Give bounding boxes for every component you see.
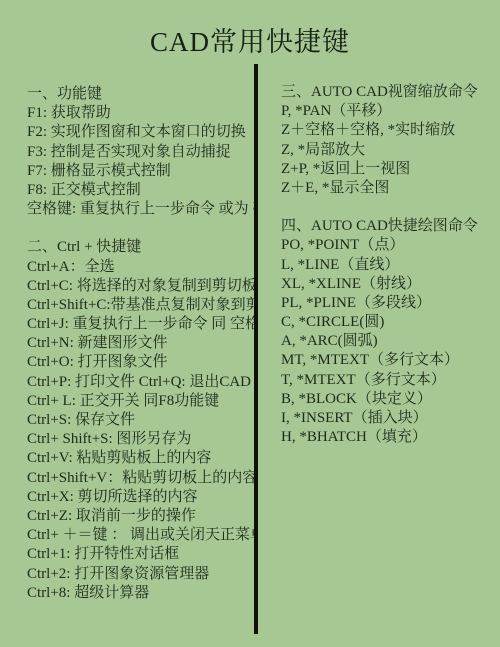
shortcut-row: Z＋空格＋空格, *实时缩放 [281, 121, 495, 140]
shortcut-row: Ctrl+A：全选 [27, 258, 254, 277]
shortcut-row: F7: 栅格显示模式控制 [27, 162, 254, 181]
cheatsheet-page: CAD常用快捷键 一、功能键F1: 获取帮助F2: 实现作图窗和文本窗口的切换F… [0, 0, 500, 647]
shortcut-row: Ctrl+Shift+C:带基准点复制对象到剪切板上 [27, 296, 254, 315]
column-divider [254, 64, 258, 634]
section-heading: 四、AUTO CAD快捷绘图命令 [281, 217, 495, 236]
section-heading: 三、AUTO CAD视窗缩放命令 [281, 83, 495, 102]
left-column: 一、功能键F1: 获取帮助F2: 实现作图窗和文本窗口的切换F3: 控制是否实现… [27, 85, 254, 603]
shortcut-row: Ctrl+X: 剪切所选择的内容 [27, 488, 254, 507]
shortcut-row: Ctrl+1: 打开特性对话框 [27, 545, 254, 564]
shortcut-row: H, *BHATCH（填充） [281, 428, 495, 447]
page-title: CAD常用快捷键 [0, 20, 500, 59]
shortcut-row: Ctrl+ ＋＝键 ： 调出或关闭天正菜单 [27, 526, 254, 545]
shortcut-row: Z＋E, *显示全图 [281, 179, 495, 198]
shortcut-row: Ctrl+S: 保存文件 [27, 411, 254, 430]
shortcut-row: MT, *MTEXT（多行文本） [281, 351, 495, 370]
shortcut-row: PL, *PLINE（多段线） [281, 294, 495, 313]
shortcut-section: 二、Ctrl + 快捷键Ctrl+A：全选Ctrl+C: 将选择的对象复制到剪切… [27, 238, 254, 603]
shortcut-row: T, *MTEXT（多行文本） [281, 371, 495, 390]
shortcut-row: PO, *POINT（点） [281, 236, 495, 255]
section-heading: 一、功能键 [27, 85, 254, 104]
shortcut-row: L, *LINE（直线） [281, 256, 495, 275]
shortcut-row: Ctrl+Shift+V：粘贴剪切板上的内容为块 [27, 469, 254, 488]
shortcut-section: 三、AUTO CAD视窗缩放命令P, *PAN（平移）Z＋空格＋空格, *实时缩… [281, 83, 495, 198]
shortcut-row: Ctrl+ Shift+S: 图形另存为 [27, 430, 254, 449]
shortcut-row: A, *ARC(圆弧) [281, 332, 495, 351]
shortcut-row: Ctrl+2: 打开图象资源管理器 [27, 565, 254, 584]
shortcut-row: Ctrl+O: 打开图象文件 [27, 353, 254, 372]
shortcut-row: Ctrl+C: 将选择的对象复制到剪切板上 [27, 277, 254, 296]
shortcut-row: XL, *XLINE（射线） [281, 275, 495, 294]
right-column: 三、AUTO CAD视窗缩放命令P, *PAN（平移）Z＋空格＋空格, *实时缩… [281, 83, 495, 447]
shortcut-row: Ctrl+Z: 取消前一步的操作 [27, 507, 254, 526]
shortcut-row: Ctrl+ L: 正交开关 同F8功能键 [27, 392, 254, 411]
shortcut-row: 空格键: 重复执行上一步命令 或为 确定键 [27, 200, 254, 219]
shortcut-row: I, *INSERT（插入块） [281, 409, 495, 428]
shortcut-row: Z+P, *返回上一视图 [281, 160, 495, 179]
shortcut-row: Ctrl+J: 重复执行上一步命令 同 空格键 [27, 315, 254, 334]
shortcut-row: F2: 实现作图窗和文本窗口的切换 [27, 123, 254, 142]
shortcut-section: 四、AUTO CAD快捷绘图命令PO, *POINT（点）L, *LINE（直线… [281, 217, 495, 447]
shortcut-row: Ctrl+V: 粘贴剪贴板上的内容 [27, 449, 254, 468]
shortcut-row: F1: 获取帮助 [27, 104, 254, 123]
shortcut-row: P, *PAN（平移） [281, 102, 495, 121]
shortcut-row: Ctrl+8: 超级计算器 [27, 584, 254, 603]
shortcut-row: Z, *局部放大 [281, 141, 495, 160]
shortcut-row: F3: 控制是否实现对象自动捕捉 [27, 143, 254, 162]
section-heading: 二、Ctrl + 快捷键 [27, 238, 254, 257]
shortcut-row: C, *CIRCLE(圆) [281, 313, 495, 332]
shortcut-section: 一、功能键F1: 获取帮助F2: 实现作图窗和文本窗口的切换F3: 控制是否实现… [27, 85, 254, 219]
shortcut-row: F8: 正交模式控制 [27, 181, 254, 200]
shortcut-row: B, *BLOCK（块定义） [281, 390, 495, 409]
shortcut-row: Ctrl+P: 打印文件 Ctrl+Q: 退出CAD [27, 373, 254, 392]
shortcut-row: Ctrl+N: 新建图形文件 [27, 334, 254, 353]
